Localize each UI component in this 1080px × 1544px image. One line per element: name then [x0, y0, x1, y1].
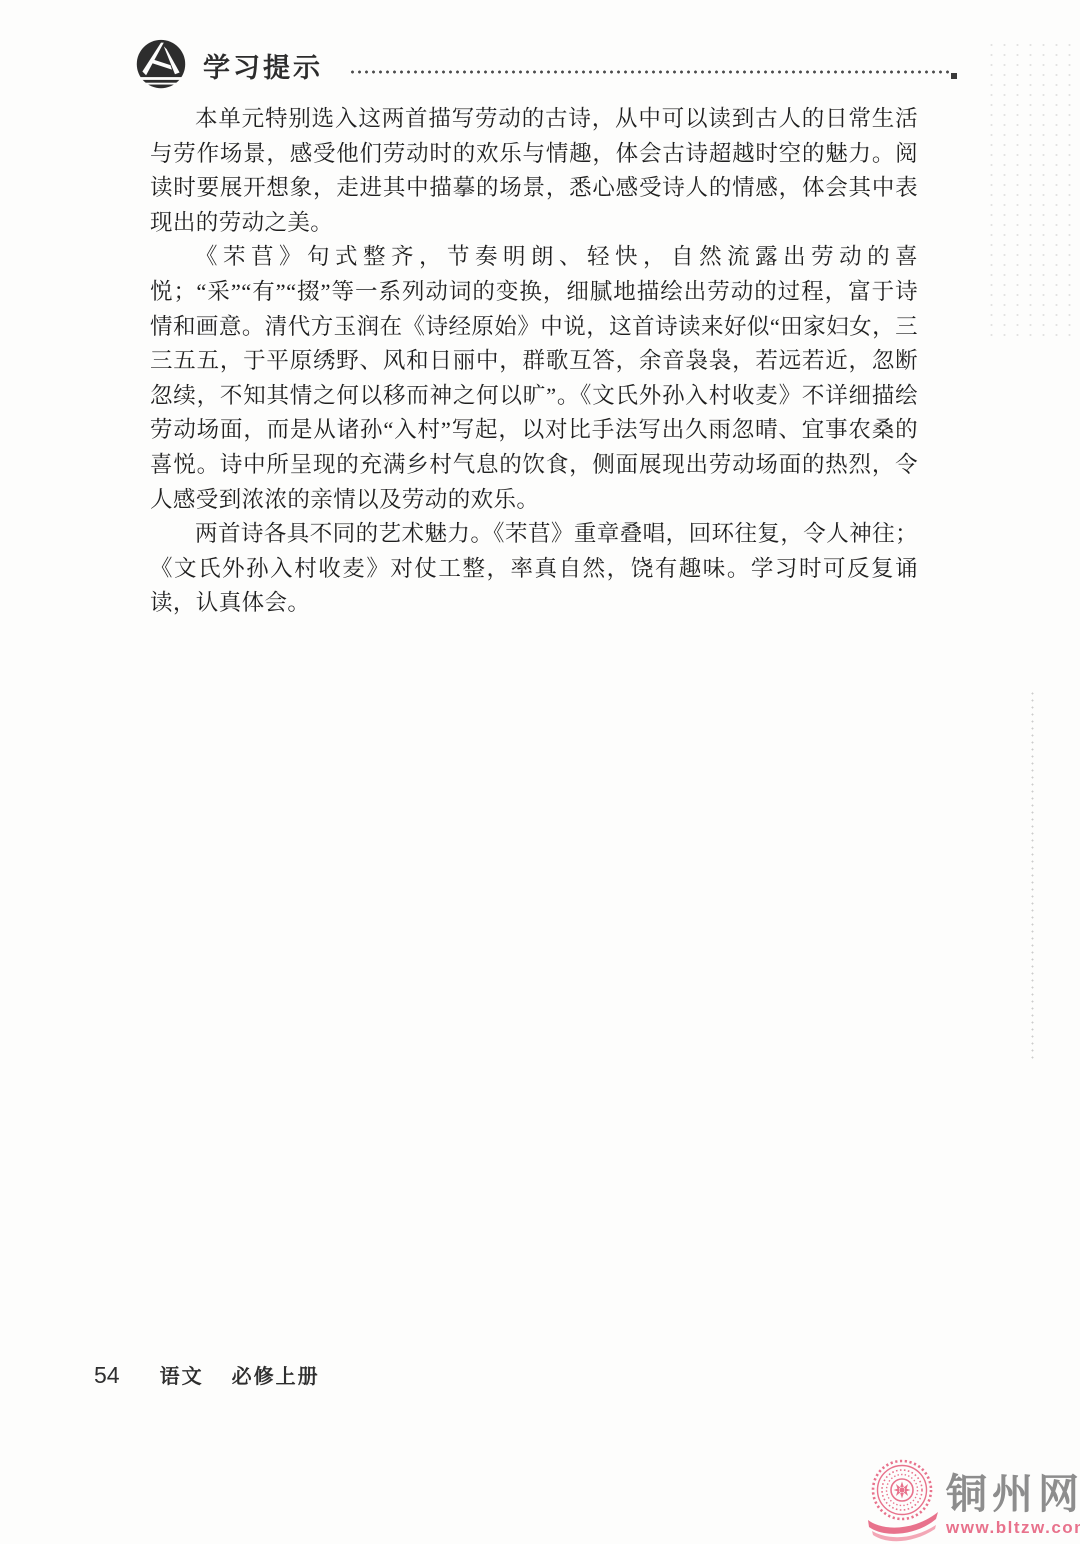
scan-noise-patch	[985, 40, 1077, 340]
stamp-seal-icon	[866, 1458, 942, 1544]
paragraph-1: 本单元特别选入这两首描写劳动的古诗，从中可以读到古人的日常生活与劳作场景，感受他…	[150, 102, 918, 240]
paragraph-2: 《芣苢》句式整齐，节奏明朗、轻快，自然流露出劳动的喜悦；“采”“有”“掇”等一系…	[150, 240, 918, 517]
footer-subject: 语文	[160, 1360, 204, 1389]
study-hint-emblem-icon	[133, 38, 189, 92]
footer-volume: 必修上册	[232, 1360, 320, 1389]
watermark-url: www.bltzw.com	[946, 1518, 1080, 1538]
scan-noise-dot	[951, 73, 957, 79]
page-footer: 54 语文 必修上册	[94, 1360, 320, 1389]
watermark-site-name: 铜州网	[946, 1472, 1080, 1516]
section-header: 学习提示	[133, 38, 951, 92]
scan-noise-streak	[1031, 690, 1034, 1060]
dotted-divider	[349, 69, 951, 75]
textbook-page: 学习提示 本单元特别选入这两首描写劳动的古诗，从中可以读到古人的日常生活与劳作场…	[0, 0, 1080, 1544]
page-number: 54	[94, 1362, 120, 1389]
site-watermark: 铜州网 www.bltzw.com	[866, 1458, 1080, 1544]
watermark-text: 铜州网 www.bltzw.com	[946, 1472, 1080, 1538]
section-title: 学习提示	[203, 46, 323, 85]
lesson-hint-text: 本单元特别选入这两首描写劳动的古诗，从中可以读到古人的日常生活与劳作场景，感受他…	[150, 102, 918, 621]
paragraph-3: 两首诗各具不同的艺术魅力。《芣苢》重章叠唱，回环往复，令人神往；《文氏外孙入村收…	[150, 517, 918, 621]
